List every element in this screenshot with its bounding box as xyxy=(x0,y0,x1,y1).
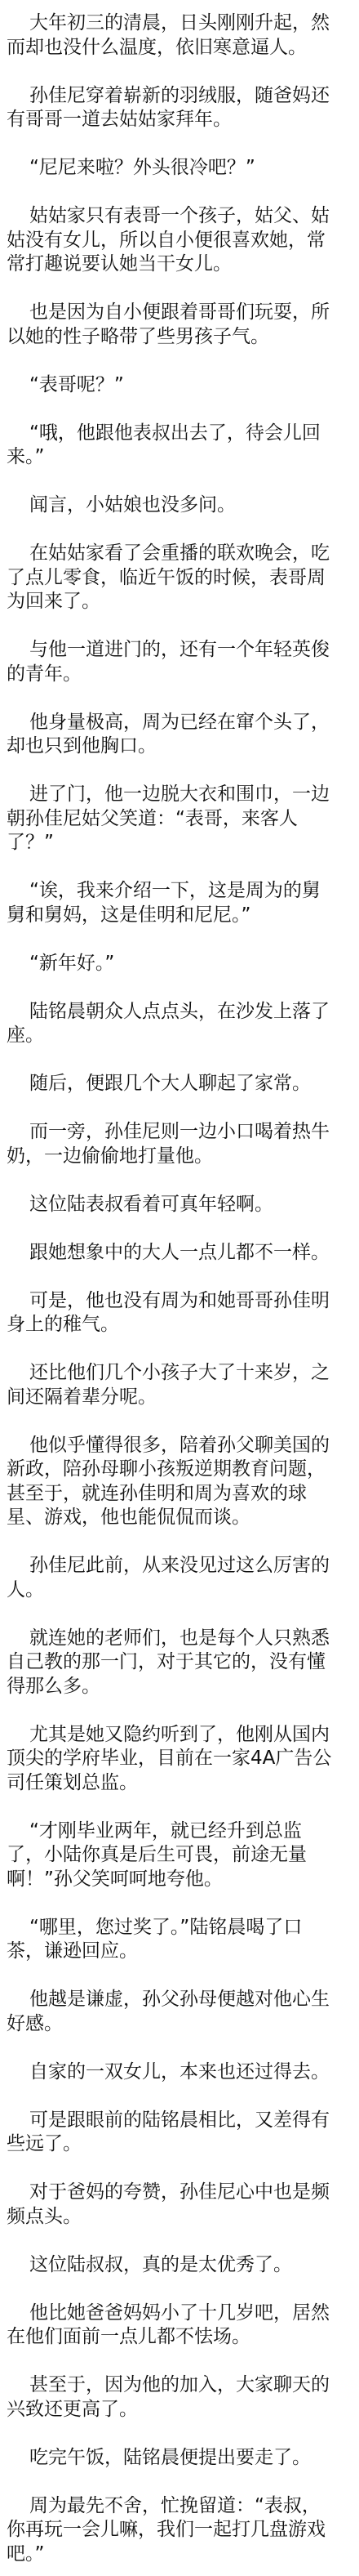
paragraph: “哦，他跟他表叔出去了，待会儿回来。” xyxy=(7,422,352,470)
paragraph-line: 与他一道进门的，还有一个年轻英俊 xyxy=(7,638,352,663)
paragraph: 周为最先不舍，忙挽留道：“表叔，你再玩一会儿嘛，我们一起打几盘游戏吧。” xyxy=(7,2494,352,2567)
paragraph-line: 这位陆表叔看着可真年轻啊。 xyxy=(7,1193,352,1217)
paragraph-line: 了，小陆你真是后生可畏，前途无量 xyxy=(7,1843,352,1868)
paragraph-line: 闻言，小姑娘也没多问。 xyxy=(7,493,352,518)
paragraph: 孙佳尼穿着崭新的羽绒服，随爸妈还有哥哥一道去姑姑家拜年。 xyxy=(7,84,352,132)
paragraph: 孙佳尼此前，从来没见过这么厉害的人。 xyxy=(7,1554,352,1602)
paragraph: “新年好。” xyxy=(7,952,352,976)
paragraph: 陆铭晨朝众人点点头，在沙发上落了座。 xyxy=(7,1000,352,1048)
paragraph-line: 吧。” xyxy=(7,2543,352,2567)
paragraph-line: 人。 xyxy=(7,1578,352,1603)
paragraph: “诶，我来介绍一下，这是周为的舅舅和舅妈，这是佳明和尼尼。” xyxy=(7,879,352,927)
paragraph-line: 跟她想象中的大人一点儿都不一样。 xyxy=(7,1241,352,1266)
paragraph-line: 孙佳尼此前，从来没见过这么厉害的 xyxy=(7,1554,352,1578)
paragraph-line: 而却也没什么温度，依旧寒意逼人。 xyxy=(7,36,352,60)
paragraph-line: 而一旁，孙佳尼则一边小口喝着热牛 xyxy=(7,1120,352,1145)
paragraph-line: 好感。 xyxy=(7,2012,352,2037)
article-body: 大年初三的清晨，日头刚刚升起，然而却也没什么温度，依旧寒意逼人。孙佳尼穿着崭新的… xyxy=(0,0,359,2566)
paragraph: 甚至于，因为他的加入，大家聊天的兴致还更高了。 xyxy=(7,2373,352,2422)
paragraph-line: 他比她爸爸妈妈小了十几岁吧，居然 xyxy=(7,2301,352,2326)
paragraph-line: 陆铭晨朝众人点点头，在沙发上落了 xyxy=(7,1000,352,1025)
paragraph-line: 尤其是她又隐约听到了，他刚从国内 xyxy=(7,1723,352,1748)
paragraph-line: 常打趣说要认她当干女儿。 xyxy=(7,252,352,277)
paragraph: 还比他们几个小孩子大了十来岁，之间还隔着辈分呢。 xyxy=(7,1361,352,1409)
paragraph: 这位陆叔叔，真的是太优秀了。 xyxy=(7,2253,352,2278)
paragraph: “尼尼来啦？外头很冷吧？” xyxy=(7,156,352,181)
paragraph-line: 甚至于，就连孙佳明和周为喜欢的球 xyxy=(7,1482,352,1507)
paragraph: 他似乎懂得很多，陪着孙父聊美国的新政，陪孙母聊小孩叛逆期教育问题，甚至于，就连孙… xyxy=(7,1434,352,1530)
paragraph-line: 以她的性子略带了些男孩子气。 xyxy=(7,325,352,350)
paragraph-line: 为回来了。 xyxy=(7,590,352,614)
paragraph: 姑姑家只有表哥一个孩子，姑父、姑姑没有女儿，所以自小便很喜欢她，常常打趣说要认她… xyxy=(7,204,352,277)
paragraph: 尤其是她又隐约听到了，他刚从国内顶尖的学府毕业，目前在一家4A广告公司任策划总监… xyxy=(7,1723,352,1796)
paragraph-line: 就连她的老师们，也是每个人只熟悉 xyxy=(7,1627,352,1651)
paragraph-line: 他越是谦虚，孙父孙母便越对他心生 xyxy=(7,1988,352,2012)
paragraph-line: 他身量极高，周为已经在窜个头了， xyxy=(7,711,352,735)
paragraph-line: 间还隔着辈分呢。 xyxy=(7,1386,352,1410)
paragraph-line: “才刚毕业两年，就已经升到总监 xyxy=(7,1819,352,1844)
paragraph-line: 得那么多。 xyxy=(7,1675,352,1699)
paragraph-line: 朝孙佳尼姑父笑道：“表哥，来客人 xyxy=(7,807,352,832)
paragraph-line: “诶，我来介绍一下，这是周为的舅 xyxy=(7,879,352,904)
paragraph-line: 舅和舅妈，这是佳明和尼尼。” xyxy=(7,904,352,928)
paragraph-line: “哦，他跟他表叔出去了，待会儿回 xyxy=(7,422,352,446)
paragraph-line: 些远了。 xyxy=(7,2132,352,2157)
paragraph: 闻言，小姑娘也没多问。 xyxy=(7,493,352,518)
paragraph: “才刚毕业两年，就已经升到总监了，小陆你真是后生可畏，前途无量啊！”孙父笑呵呵地… xyxy=(7,1819,352,1892)
paragraph-line: 奶，一边偷偷地打量他。 xyxy=(7,1145,352,1169)
paragraph-line: 身上的稚气。 xyxy=(7,1313,352,1337)
paragraph: 大年初三的清晨，日头刚刚升起，然而却也没什么温度，依旧寒意逼人。 xyxy=(7,11,352,60)
paragraph-line: 随后，便跟几个大人聊起了家常。 xyxy=(7,1072,352,1096)
paragraph-line: 了点儿零食，临近午饭的时候，表哥周 xyxy=(7,566,352,591)
paragraph-line: 你再玩一会儿嘛，我们一起打几盘游戏 xyxy=(7,2518,352,2543)
paragraph-line: “表哥呢？” xyxy=(7,373,352,398)
paragraph: 他比她爸爸妈妈小了十几岁吧，居然在他们面前一点儿都不怯场。 xyxy=(7,2301,352,2350)
paragraph: 对于爸妈的夸赞，孙佳尼心中也是频频点头。 xyxy=(7,2181,352,2229)
paragraph-line: 大年初三的清晨，日头刚刚升起，然 xyxy=(7,11,352,36)
paragraph: 进了门，他一边脱大衣和围巾，一边朝孙佳尼姑父笑道：“表哥，来客人了？” xyxy=(7,783,352,855)
paragraph-line: 姑没有女儿，所以自小便很喜欢她，常 xyxy=(7,229,352,253)
paragraph: 就连她的老师们，也是每个人只熟悉自己教的那一门，对于其它的，没有懂得那么多。 xyxy=(7,1627,352,1699)
paragraph-line: 了？” xyxy=(7,831,352,855)
paragraph-line: 可是跟眼前的陆铭晨相比，又差得有 xyxy=(7,2109,352,2133)
paragraph-line: 司任策划总监。 xyxy=(7,1771,352,1796)
paragraph-line: 孙佳尼穿着崭新的羽绒服，随爸妈还 xyxy=(7,84,352,109)
paragraph-line: 来。” xyxy=(7,445,352,470)
paragraph-line: 可是，他也没有周为和她哥哥孙佳明 xyxy=(7,1289,352,1314)
paragraph: 在姑姑家看了会重播的联欢晚会，吃了点儿零食，临近午饭的时候，表哥周为回来了。 xyxy=(7,542,352,614)
paragraph-line: 有哥哥一道去姑姑家拜年。 xyxy=(7,108,352,132)
paragraph-line: 进了门，他一边脱大衣和围巾，一边 xyxy=(7,783,352,807)
paragraph-line: 在他们面前一点儿都不怯场。 xyxy=(7,2325,352,2350)
paragraph-line: “尼尼来啦？外头很冷吧？” xyxy=(7,156,352,181)
paragraph-line: 吃完午饭，陆铭晨便提出要走了。 xyxy=(7,2446,352,2471)
paragraph-line: 甚至于，因为他的加入，大家聊天的 xyxy=(7,2373,352,2398)
paragraph-line: 频点头。 xyxy=(7,2205,352,2230)
paragraph: “表哥呢？” xyxy=(7,373,352,398)
paragraph: 与他一道进门的，还有一个年轻英俊的青年。 xyxy=(7,638,352,686)
paragraph: 而一旁，孙佳尼则一边小口喝着热牛奶，一边偷偷地打量他。 xyxy=(7,1120,352,1168)
paragraph-line: 在姑姑家看了会重播的联欢晚会，吃 xyxy=(7,542,352,566)
paragraph-line: 还比他们几个小孩子大了十来岁，之 xyxy=(7,1361,352,1386)
paragraph-line: “新年好。” xyxy=(7,952,352,976)
paragraph: 他越是谦虚，孙父孙母便越对他心生好感。 xyxy=(7,1988,352,2036)
paragraph: 自家的一双女儿，本来也还过得去。 xyxy=(7,2060,352,2085)
paragraph: 吃完午饭，陆铭晨便提出要走了。 xyxy=(7,2446,352,2471)
paragraph-line: 的青年。 xyxy=(7,663,352,687)
paragraph-line: 自家的一双女儿，本来也还过得去。 xyxy=(7,2060,352,2085)
paragraph-line: 自己教的那一门，对于其它的，没有懂 xyxy=(7,1650,352,1675)
paragraph-line: 他似乎懂得很多，陪着孙父聊美国的 xyxy=(7,1434,352,1458)
paragraph-line: 却也只到他胸口。 xyxy=(7,734,352,759)
paragraph: 他身量极高，周为已经在窜个头了，却也只到他胸口。 xyxy=(7,711,352,759)
paragraph: “哪里，您过奖了。”陆铭晨喝了口茶，谦逊回应。 xyxy=(7,1916,352,1964)
paragraph-line: 也是因为自小便跟着哥哥们玩耍，所 xyxy=(7,301,352,325)
paragraph-line: 座。 xyxy=(7,1024,352,1048)
paragraph-line: 星、游戏，他也能侃侃而谈。 xyxy=(7,1506,352,1530)
paragraph-line: 新政，陪孙母聊小孩叛逆期教育问题， xyxy=(7,1458,352,1482)
paragraph-line: 姑姑家只有表哥一个孩子，姑父、姑 xyxy=(7,204,352,229)
paragraph-line: 周为最先不舍，忙挽留道：“表叔， xyxy=(7,2494,352,2519)
paragraph-line: 茶，谦逊回应。 xyxy=(7,1940,352,1964)
paragraph: 可是跟眼前的陆铭晨相比，又差得有些远了。 xyxy=(7,2109,352,2157)
paragraph-line: “哪里，您过奖了。”陆铭晨喝了口 xyxy=(7,1916,352,1940)
paragraph: 也是因为自小便跟着哥哥们玩耍，所以她的性子略带了些男孩子气。 xyxy=(7,301,352,349)
paragraph: 这位陆表叔看着可真年轻啊。 xyxy=(7,1193,352,1217)
paragraph-line: 顶尖的学府毕业，目前在一家4A广告公 xyxy=(7,1747,352,1771)
paragraph-line: 对于爸妈的夸赞，孙佳尼心中也是频 xyxy=(7,2181,352,2205)
paragraph-line: 啊！”孙父笑呵呵地夸他。 xyxy=(7,1868,352,1892)
paragraph: 可是，他也没有周为和她哥哥孙佳明身上的稚气。 xyxy=(7,1289,352,1337)
paragraph: 跟她想象中的大人一点儿都不一样。 xyxy=(7,1241,352,1266)
paragraph-line: 这位陆叔叔，真的是太优秀了。 xyxy=(7,2253,352,2278)
paragraph: 随后，便跟几个大人聊起了家常。 xyxy=(7,1072,352,1096)
paragraph-line: 兴致还更高了。 xyxy=(7,2398,352,2422)
